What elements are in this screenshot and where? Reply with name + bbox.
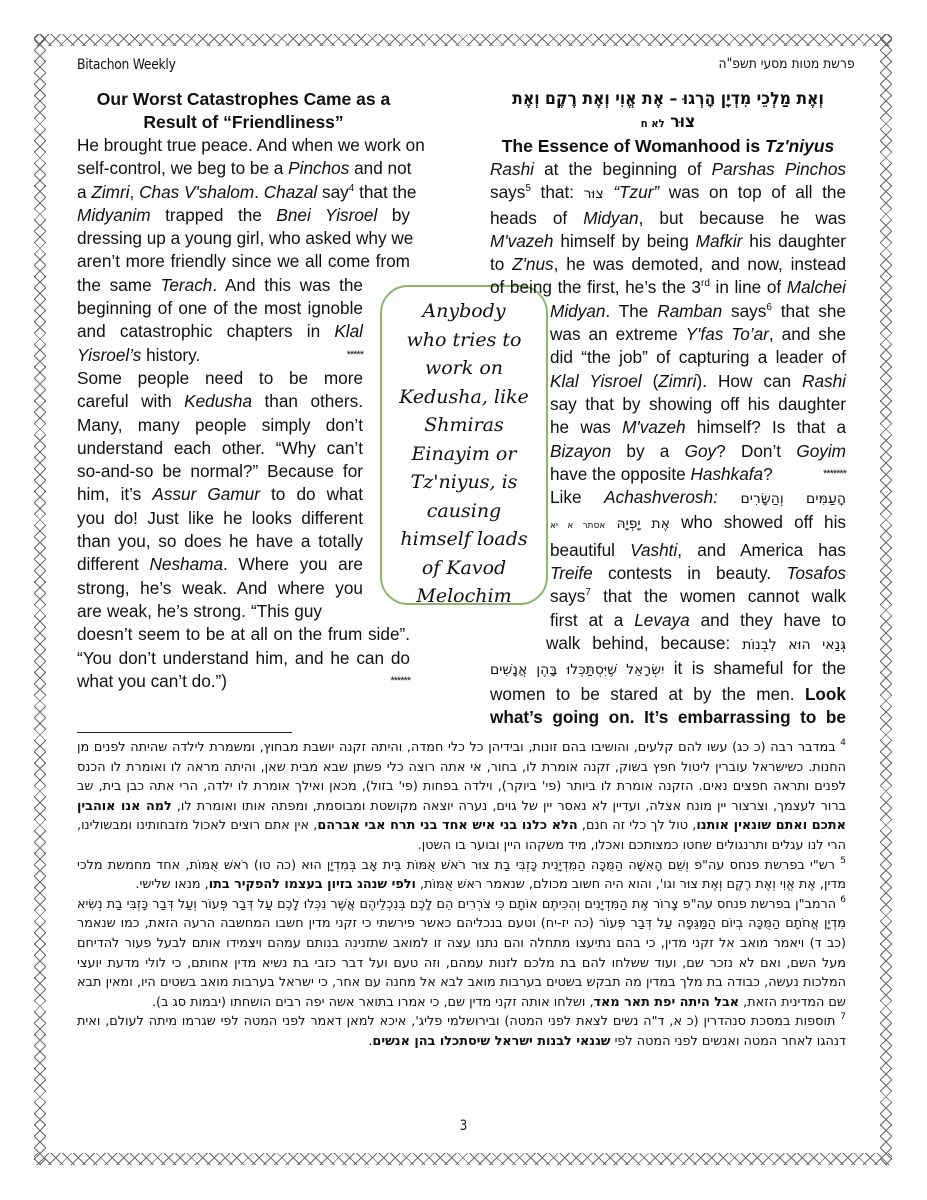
text-line: say that by showing off his daughter <box>550 393 846 416</box>
text-line: Klal Yisroel (Zimri). How can Rashi <box>550 370 846 393</box>
page-border-top <box>34 34 892 46</box>
text-line: strong, he’s weak. And where you <box>77 577 363 600</box>
text-line: יִשְׂרָאֵל שֶׁיִּסְתַּכְּלוּ בָּהֶן אֲנָ… <box>490 657 846 682</box>
footnote-7: 7 תוספות במסכת סנהדרין (כ א, ד"ה נשים לצ… <box>77 1012 846 1051</box>
text-line: Midyan. The Ramban says6 that she <box>550 300 846 323</box>
footnote-5: 5 רש"י בפרשת פנחס עה"פ וְשֵׁם הָאִשָּׁה … <box>77 856 846 895</box>
text-line: Treife contests in beauty. Tosafos <box>550 562 846 585</box>
left-article-body: He brought true peace. And when we work … <box>77 134 410 693</box>
text-line: you do! Just like he looks different <box>77 507 363 530</box>
text-line: so-and-so be normal?” Because for <box>77 460 363 483</box>
page-number: 3 <box>70 1118 858 1134</box>
text-line: beautiful Vashti, and America has <box>550 539 846 562</box>
text-line: have the opposite Hashkafa? ******* <box>550 463 846 486</box>
text-line: him, it’s Assur Gamur to do what <box>77 483 363 506</box>
text-line: than you, so does he have a totally <box>77 530 363 553</box>
text-line: the same Terach. And this was the <box>77 274 363 297</box>
text-line: heads of Midyan, but because he was <box>490 207 846 230</box>
text-line: did “the job” of capturing a leader of <box>550 346 846 369</box>
text-line: are weak, he’s strong. “This guy <box>77 600 322 623</box>
text-line: אסתר א יא אֶת יָפְיָהּ who showed off hi… <box>550 511 846 538</box>
hebrew-pasuk-title: וְאֶת מַלְכֵי מִדְיָן הָרְגוּ – אֶת אֱוִ… <box>504 88 832 135</box>
text-line: what’s going on. It’s embarrassing to be <box>490 706 846 729</box>
text-line: understand each other. “Why can’t <box>77 437 363 460</box>
text-line: different Neshama. Where you are <box>77 553 363 576</box>
text-line: Like Achashverosh: הָעַמִּים וְהַשָּׂרִי… <box>550 486 846 511</box>
parsha-header: פרשת מטות מסעי תשפ"ה <box>719 56 855 72</box>
left-article-title: Our Worst Catastrophes Came as a Result … <box>77 88 410 134</box>
page-border-right <box>880 34 892 1165</box>
text-line: and catastrophic chapters in Klal <box>77 320 363 343</box>
text-line: M'vazeh himself by being Mafkir his daug… <box>490 230 846 253</box>
text-line: Bizayon by a Goy? Don’t Goyim <box>550 440 846 463</box>
text-line: careful with Kedusha than others. <box>77 390 363 413</box>
text-line: of being the first, he’s the 3rd in line… <box>490 276 846 299</box>
page-border-left <box>34 34 46 1165</box>
text-line: first at a Levaya and they have to <box>550 609 846 632</box>
text-line: he was M'vazeh himself? Is that a <box>550 416 846 439</box>
text-line: doesn’t seem to be at all on the frum si… <box>77 623 410 646</box>
text-line: Yisroel’s history. ***** <box>77 344 363 367</box>
text-line: aren’t more friendly since we all come f… <box>77 250 410 273</box>
text-line: says5 that: צוּר “Tzur” was on top of al… <box>490 181 846 206</box>
page-border-bottom <box>34 1153 892 1165</box>
left-column: Our Worst Catastrophes Came as a Result … <box>77 88 410 693</box>
right-article-body: Rashi at the beginning of Parshas Pincho… <box>490 158 846 729</box>
text-line: women to be stared at by the men. Look <box>490 683 846 706</box>
text-line: Rashi at the beginning of Parshas Pincho… <box>490 158 846 181</box>
text-line: to Z'nus, he was demoted, and now, inste… <box>490 253 846 276</box>
text-line: dressing up a young girl, who asked why … <box>77 227 410 250</box>
text-line: beginning of one of the most ignoble <box>77 297 363 320</box>
text-line: “You don’t understand him, and he can do <box>77 647 410 670</box>
text-line: says7 that the women cannot walk <box>550 585 846 608</box>
footnote-6: 6 הרמב"ן בפרשת פנחס עה"פ צָרוֹר אֶת הַמִ… <box>77 895 846 1013</box>
text-line: self-control, we beg to be a Pinchos and… <box>77 157 410 180</box>
right-article-title: The Essence of Womanhood is Tz'niyus <box>490 135 846 158</box>
right-column: וְאֶת מַלְכֵי מִדְיָן הָרְגוּ – אֶת אֱוִ… <box>490 88 846 729</box>
footnotes: 4 במדבר רבה (כ כג) עשו להם קלעים, והושיב… <box>77 738 846 1052</box>
text-line: Some people need to be more <box>77 367 363 390</box>
text-line: Many, many people simply don’t <box>77 414 363 437</box>
footnote-4: 4 במדבר רבה (כ כג) עשו להם קלעים, והושיב… <box>77 738 846 856</box>
section-separator: ******* <box>823 463 846 486</box>
publication-name: Bitachon Weekly <box>77 57 176 73</box>
text-line: He brought true peace. And when we work … <box>77 134 410 157</box>
text-line: was an extreme Y'fas To’ar, and she <box>550 323 846 346</box>
section-separator: ****** <box>390 670 410 693</box>
section-separator: ***** <box>347 344 363 367</box>
footnote-separator <box>77 732 292 733</box>
text-line: what you can’t do.”) ****** <box>77 670 410 693</box>
text-line: a Zimri, Chas V'shalom. Chazal say4 that… <box>77 181 410 204</box>
text-line: walk behind, because: גְּנַאי הוּא לִבְנ… <box>546 632 846 657</box>
text-line: Midyanim trapped the Bnei Yisroel by <box>77 204 410 227</box>
